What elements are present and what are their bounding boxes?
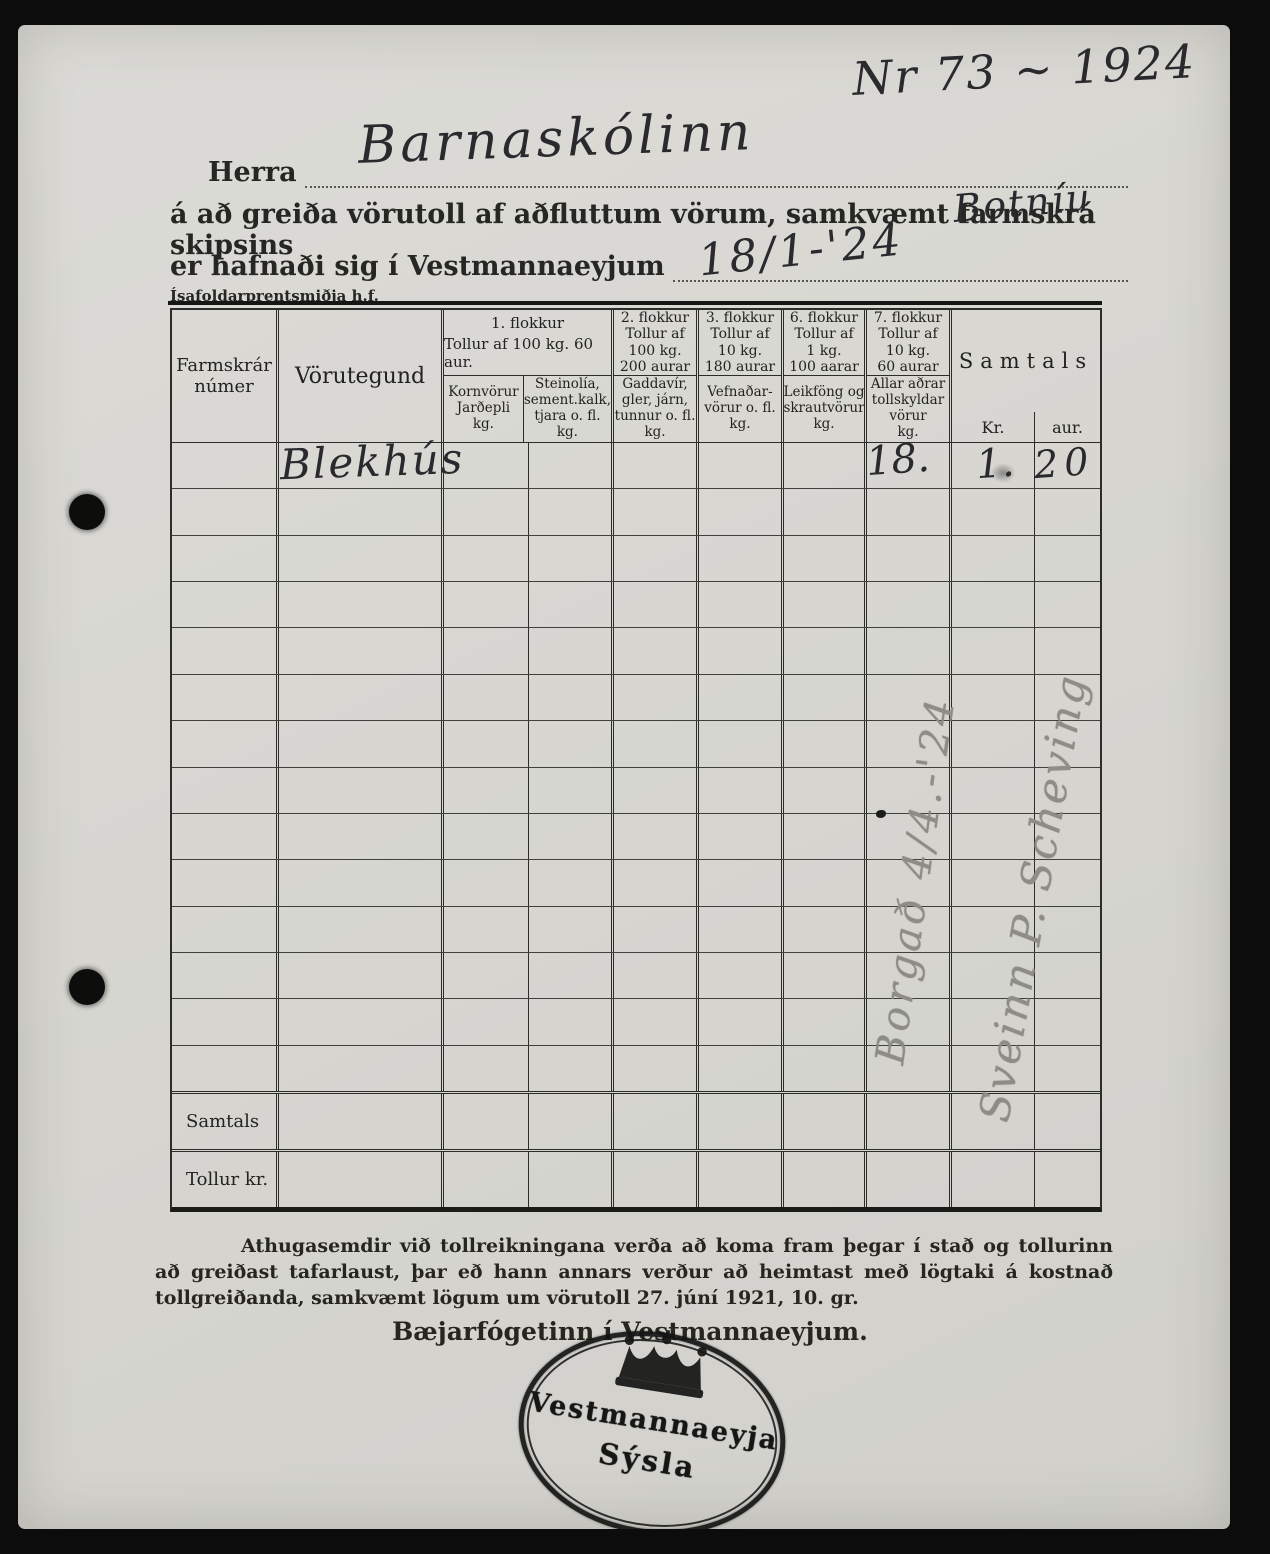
table-cell — [444, 768, 529, 813]
table-row — [172, 489, 1100, 535]
table-cell — [172, 907, 279, 952]
summary-row-samtals: Samtals — [172, 1091, 1100, 1149]
table-cell — [529, 999, 614, 1044]
flokkur3-goods: Vefnaðar- vörur o. fl. kg. — [699, 376, 781, 442]
table-cell — [952, 1152, 1035, 1207]
table-cell — [444, 489, 529, 534]
scan-background: Nr 73 ~ 1924 Herra Barnaskólinn á að gre… — [0, 0, 1270, 1554]
table-cell — [867, 1152, 952, 1207]
table-cell — [952, 536, 1035, 581]
flokkur6-title: 6. flokkur Tollur af 1 kg. 100 aarar — [784, 310, 864, 376]
table-cell — [529, 1152, 614, 1207]
table-cell — [614, 675, 699, 720]
table-row — [172, 1046, 1100, 1091]
table-cell — [444, 721, 529, 766]
table-cell — [529, 489, 614, 534]
table-cell — [867, 489, 952, 534]
table-cell — [279, 768, 444, 813]
document-page: Nr 73 ~ 1924 Herra Barnaskólinn á að gre… — [18, 25, 1230, 1529]
table-cell — [614, 628, 699, 673]
table-cell — [529, 628, 614, 673]
entry-goods-handwriting: Blekhús — [279, 434, 465, 489]
table-cell — [784, 536, 867, 581]
table-cell — [784, 721, 867, 766]
entry-weight-handwriting: 18. — [864, 435, 931, 485]
table-cell — [614, 582, 699, 627]
table-cell — [784, 907, 867, 952]
table-cell — [867, 536, 952, 581]
table-cell — [172, 768, 279, 813]
table-cell — [529, 536, 614, 581]
table-cell — [614, 999, 699, 1044]
table-cell — [172, 860, 279, 905]
table-cell — [279, 628, 444, 673]
col-header-group1: 1. flokkur Tollur af 100 kg. 60 aur. Kor… — [444, 310, 614, 442]
col-header-vorutegund: Vörutegund — [279, 310, 444, 442]
table-cell — [784, 675, 867, 720]
table-cell — [279, 536, 444, 581]
table-cell — [172, 489, 279, 534]
table-cell — [1035, 1094, 1100, 1149]
table-cell — [952, 721, 1035, 766]
table-cell — [699, 536, 784, 581]
table-cell — [172, 536, 279, 581]
table-cell — [529, 953, 614, 998]
table-cell — [279, 582, 444, 627]
table-cell — [699, 1046, 784, 1091]
flokkur2-goods: Gaddavír, gler, járn, tunnur o. fl. kg. — [614, 376, 696, 442]
table-cell — [952, 768, 1035, 813]
table-row — [172, 721, 1100, 767]
table-cell — [279, 1152, 444, 1207]
punch-hole — [69, 494, 105, 530]
table-cell — [172, 999, 279, 1044]
table-cell — [444, 814, 529, 859]
flokkur6-goods: Leikföng og skrautvörur kg. — [784, 376, 864, 442]
table-cell — [529, 443, 614, 488]
table-cell — [699, 768, 784, 813]
table-cell — [279, 999, 444, 1044]
flokkur7-title: 7. flokkur Tollur af 10 kg. 60 aurar — [867, 310, 949, 376]
table-row — [172, 907, 1100, 953]
table-cell — [784, 999, 867, 1044]
table-cell — [279, 721, 444, 766]
group1-subcolumns: Kornvörur Jarðepli kg. Steinolía, sement… — [444, 376, 611, 442]
table-cell — [1035, 1152, 1100, 1207]
table-cell — [614, 1046, 699, 1091]
table-cell — [279, 907, 444, 952]
table-cell — [444, 536, 529, 581]
table-cell — [172, 675, 279, 720]
table-cell — [614, 1152, 699, 1207]
table-row — [172, 860, 1100, 906]
col-header-flokkur2: 2. flokkur Tollur af 100 kg. 200 aurar G… — [614, 310, 699, 442]
harbor-field: er hafnaði sig í Vestmannaeyjum — [170, 251, 1128, 282]
col-header-steinolia: Steinolía, sement.kalk, tjara o. fl. kg. — [524, 376, 611, 442]
table-cell — [529, 675, 614, 720]
group1-title: 1. flokkur — [491, 314, 564, 332]
table-cell — [279, 953, 444, 998]
table-body — [172, 443, 1100, 1091]
table-cell — [172, 628, 279, 673]
table-cell — [952, 489, 1035, 534]
table-cell — [784, 1094, 867, 1149]
group1-subtitle: Tollur af 100 kg. 60 aur. — [444, 335, 611, 371]
table-cell — [699, 1094, 784, 1149]
table-cell — [529, 860, 614, 905]
col-header-aur: aur. — [1035, 412, 1100, 442]
table-cell — [529, 721, 614, 766]
group1-title-cell: 1. flokkur Tollur af 100 kg. 60 aur. — [444, 310, 611, 376]
col-header-flokkur7: 7. flokkur Tollur af 10 kg. 60 aurar All… — [867, 310, 952, 442]
table-cell — [444, 1152, 529, 1207]
table-header: Farmskrár númer Vörutegund 1. flokkur To… — [172, 310, 1100, 443]
table-cell — [784, 860, 867, 905]
table-cell — [699, 999, 784, 1044]
table-cell — [444, 628, 529, 673]
table-cell — [172, 953, 279, 998]
table-cell — [529, 907, 614, 952]
table-cell — [444, 907, 529, 952]
table-cell — [614, 489, 699, 534]
col-header-samtals: Samtals Kr. aur. — [952, 310, 1100, 442]
table-cell — [699, 814, 784, 859]
table-cell — [699, 1152, 784, 1207]
table-top-rule — [168, 301, 1102, 305]
flokkur2-title: 2. flokkur Tollur af 100 kg. 200 aurar — [614, 310, 696, 376]
table-cell — [784, 489, 867, 534]
table-cell — [444, 860, 529, 905]
table-cell — [614, 443, 699, 488]
table-cell — [1035, 582, 1100, 627]
table-cell — [784, 1046, 867, 1091]
table-cell — [279, 489, 444, 534]
col-header-farmskrar: Farmskrár númer — [172, 310, 279, 442]
samtals-row-label: Samtals — [172, 1094, 279, 1149]
col-header-kr: Kr. — [952, 412, 1035, 442]
table-cell — [699, 907, 784, 952]
table-cell — [172, 443, 279, 488]
entry-kr-handwriting: 1. — [974, 440, 1015, 489]
table-cell — [172, 1046, 279, 1091]
flokkur7-goods: Allar aðrar tollskyldar vörur kg. — [867, 376, 949, 442]
col-header-kornvorur: Kornvörur Jarðepli kg. — [444, 376, 524, 442]
table-cell — [444, 999, 529, 1044]
table-cell — [529, 582, 614, 627]
col-header-flokkur3: 3. flokkur Tollur af 10 kg. 180 aurar Ve… — [699, 310, 784, 442]
table-cell — [784, 768, 867, 813]
table-cell — [529, 768, 614, 813]
table-cell — [784, 814, 867, 859]
table-cell — [444, 953, 529, 998]
table-cell — [1035, 1046, 1100, 1091]
table-cell — [784, 582, 867, 627]
table-cell — [279, 860, 444, 905]
kr-aur-subheader: Kr. aur. — [952, 412, 1100, 442]
table-cell — [699, 675, 784, 720]
table-cell — [1035, 536, 1100, 581]
table-cell — [279, 1094, 444, 1149]
table-cell — [444, 1094, 529, 1149]
table-cell — [784, 1152, 867, 1207]
table-row — [172, 999, 1100, 1045]
table-cell — [529, 1094, 614, 1149]
table-cell — [784, 628, 867, 673]
table-row — [172, 768, 1100, 814]
table-cell — [699, 860, 784, 905]
col-header-flokkur6: 6. flokkur Tollur af 1 kg. 100 aarar Lei… — [784, 310, 867, 442]
table-cell — [279, 675, 444, 720]
table-row — [172, 536, 1100, 582]
flokkur3-title: 3. flokkur Tollur af 10 kg. 180 aurar — [699, 310, 781, 376]
samtals-title: Samtals — [952, 310, 1100, 412]
table-cell — [952, 582, 1035, 627]
table-cell — [444, 675, 529, 720]
table-cell — [614, 907, 699, 952]
entry-aur-handwriting: 20 — [1033, 439, 1096, 487]
salutation-label: Herra — [208, 157, 297, 188]
table-cell — [529, 814, 614, 859]
table-cell — [614, 953, 699, 998]
table-cell — [1035, 999, 1100, 1044]
legal-note: Athugasemdir við tollreikningana verða a… — [155, 1233, 1113, 1311]
table-cell — [784, 953, 867, 998]
table-cell — [172, 721, 279, 766]
table-cell — [614, 814, 699, 859]
table-row — [172, 953, 1100, 999]
table-cell — [699, 443, 784, 488]
table-cell — [614, 721, 699, 766]
table-cell — [699, 953, 784, 998]
table-cell — [444, 1046, 529, 1091]
table-row — [172, 582, 1100, 628]
table-cell — [699, 628, 784, 673]
summary-row-tollur: Tollur kr. — [172, 1149, 1100, 1207]
table-cell — [614, 1094, 699, 1149]
table-row — [172, 814, 1100, 860]
table-cell — [614, 860, 699, 905]
table-cell — [699, 489, 784, 534]
tollur-row-label: Tollur kr. — [172, 1152, 279, 1207]
table-cell — [699, 721, 784, 766]
document-number-handwriting: Nr 73 ~ 1924 — [851, 34, 1198, 106]
table-cell — [444, 582, 529, 627]
harbor-line-label: er hafnaði sig í Vestmannaeyjum — [170, 251, 665, 282]
table-cell — [172, 814, 279, 859]
table-cell — [867, 582, 952, 627]
table-cell — [1035, 489, 1100, 534]
table-cell — [614, 536, 699, 581]
punch-hole — [69, 969, 105, 1005]
table-cell — [784, 443, 867, 488]
table-cell — [279, 814, 444, 859]
table-cell — [529, 1046, 614, 1091]
table-cell — [279, 1046, 444, 1091]
table-cell — [699, 582, 784, 627]
table-cell — [614, 768, 699, 813]
table-cell — [172, 582, 279, 627]
